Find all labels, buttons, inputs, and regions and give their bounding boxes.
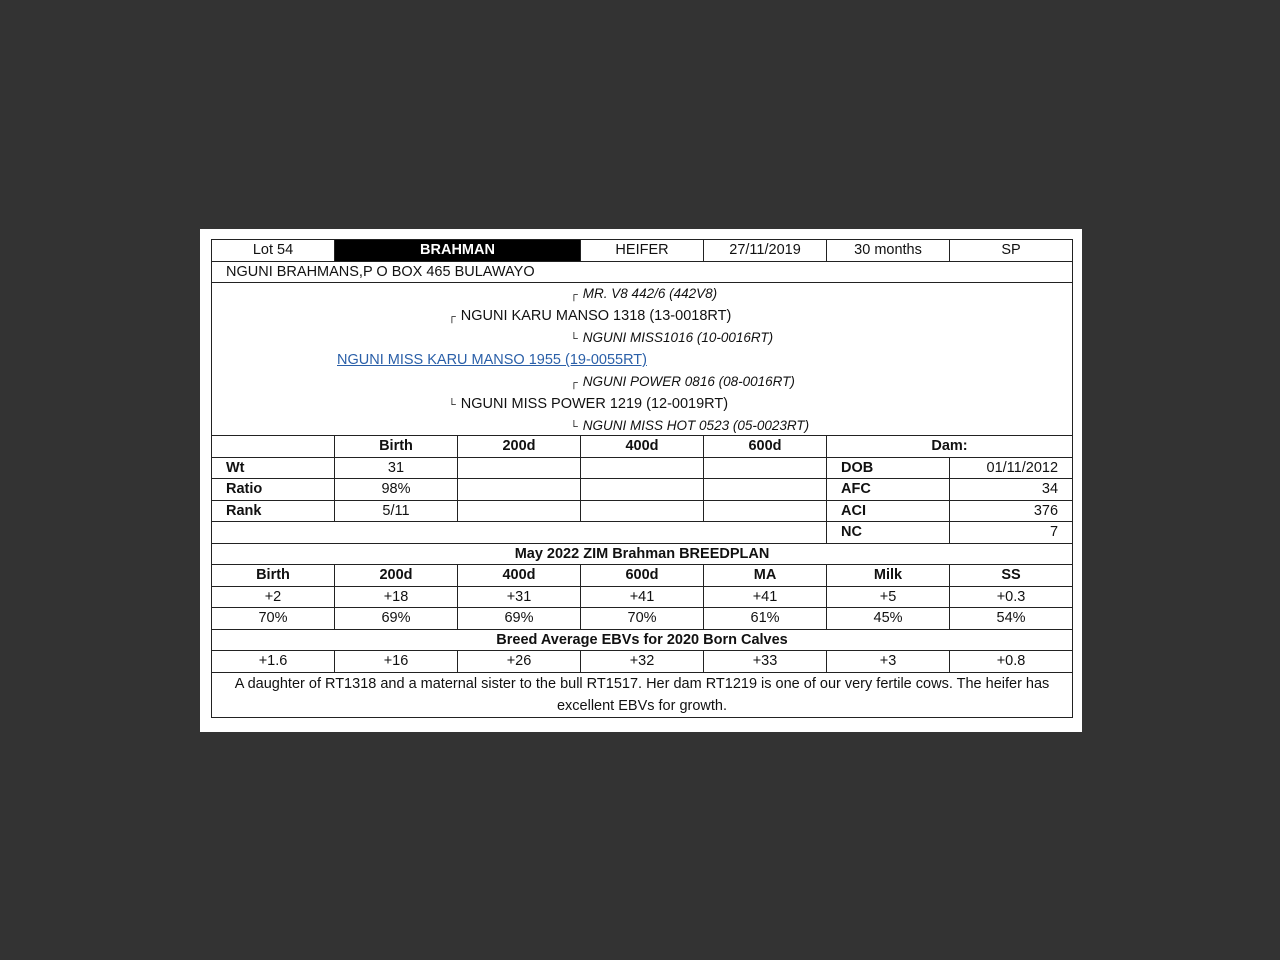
cell: 5/11 <box>335 500 458 522</box>
cell <box>581 479 704 501</box>
weights-col-600d: 600d <box>704 436 827 458</box>
dam-title: Dam: <box>827 436 1073 458</box>
ebv-accuracy: 45% <box>827 608 950 630</box>
breed-average-value: +16 <box>335 651 458 673</box>
dam-dam: └NGUNI MISS HOT 0523 (05-0023RT) <box>570 416 809 436</box>
row-label: Rank <box>212 500 335 522</box>
sire-dam: └NGUNI MISS1016 (10-0016RT) <box>570 328 773 349</box>
weights-row-rank: Rank 5/11 ACI 376 <box>212 500 1073 522</box>
weights-header-row: Birth 200d 400d 600d Dam: <box>212 436 1073 458</box>
cell <box>458 500 581 522</box>
breed-label: BRAHMAN <box>335 240 581 262</box>
ebv-col: Birth <box>212 565 335 587</box>
cell: 31 <box>335 457 458 479</box>
blank-cell <box>212 522 827 544</box>
age: 30 months <box>827 240 950 262</box>
cell <box>704 479 827 501</box>
dam-label: ACI <box>827 500 950 522</box>
dam-value: 376 <box>950 500 1073 522</box>
breed-average-value: +33 <box>704 651 827 673</box>
cell <box>581 457 704 479</box>
status-code: SP <box>950 240 1073 262</box>
ebv-col: 600d <box>581 565 704 587</box>
breedplan-header-row: Birth 200d 400d 600d MA Milk SS <box>212 565 1073 587</box>
ebv-col: MA <box>704 565 827 587</box>
ebv-col: 200d <box>335 565 458 587</box>
date-of-birth: 27/11/2019 <box>704 240 827 262</box>
breed-average-row: +1.6 +16 +26 +32 +33 +3 +0.8 <box>212 651 1073 673</box>
sire-sire: ┌MR. V8 442/6 (442V8) <box>570 284 717 305</box>
cell <box>704 457 827 479</box>
ebv-col: 400d <box>458 565 581 587</box>
ebv-value: +2 <box>212 586 335 608</box>
ebv-value: +0.3 <box>950 586 1073 608</box>
pedigree-row: ┌MR. V8 442/6 (442V8) ┌NGUNI KARU MANSO … <box>212 283 1073 436</box>
cell <box>704 500 827 522</box>
row-label: Wt <box>212 457 335 479</box>
weights-col-birth: Birth <box>335 436 458 458</box>
ebv-value: +41 <box>581 586 704 608</box>
breed-average-value: +3 <box>827 651 950 673</box>
breed-average-title: Breed Average EBVs for 2020 Born Calves <box>212 629 1073 651</box>
breed-average-value: +26 <box>458 651 581 673</box>
ebv-value: +31 <box>458 586 581 608</box>
dam-nc-row: NC 7 <box>212 522 1073 544</box>
pedigree: ┌MR. V8 442/6 (442V8) ┌NGUNI KARU MANSO … <box>212 283 1073 436</box>
ebv-accuracy-row: 70% 69% 69% 70% 61% 45% 54% <box>212 608 1073 630</box>
comment-text: A daughter of RT1318 and a maternal sist… <box>212 672 1073 717</box>
breeder-row: NGUNI BRAHMANS,P O BOX 465 BULAWAYO <box>212 261 1073 283</box>
row-label: Ratio <box>212 479 335 501</box>
ebv-value: +5 <box>827 586 950 608</box>
ebv-accuracy: 70% <box>581 608 704 630</box>
ebv-col: Milk <box>827 565 950 587</box>
cell: 98% <box>335 479 458 501</box>
dam: └NGUNI MISS POWER 1219 (12-0019RT) <box>448 394 728 415</box>
breedplan-title: May 2022 ZIM Brahman BREEDPLAN <box>212 543 1073 565</box>
weights-col-400d: 400d <box>581 436 704 458</box>
ebv-accuracy: 54% <box>950 608 1073 630</box>
dam-label: AFC <box>827 479 950 501</box>
dam-label: DOB <box>827 457 950 479</box>
sex: HEIFER <box>581 240 704 262</box>
breeder-address: NGUNI BRAHMANS,P O BOX 465 BULAWAYO <box>212 261 1073 283</box>
weights-col-blank <box>212 436 335 458</box>
breed-average-value: +32 <box>581 651 704 673</box>
ebv-accuracy: 70% <box>212 608 335 630</box>
breed-average-value: +0.8 <box>950 651 1073 673</box>
dam-label: NC <box>827 522 950 544</box>
ebv-value: +18 <box>335 586 458 608</box>
sire: ┌NGUNI KARU MANSO 1318 (13-0018RT) <box>448 306 731 327</box>
ebv-col: SS <box>950 565 1073 587</box>
cell <box>581 500 704 522</box>
lot-card: Lot 54 BRAHMAN HEIFER 27/11/2019 30 mont… <box>200 229 1082 732</box>
weights-row-ratio: Ratio 98% AFC 34 <box>212 479 1073 501</box>
comment-row: A daughter of RT1318 and a maternal sist… <box>212 672 1073 717</box>
weights-col-200d: 200d <box>458 436 581 458</box>
ebv-value: +41 <box>704 586 827 608</box>
lot-sheet: Lot 54 BRAHMAN HEIFER 27/11/2019 30 mont… <box>211 239 1073 718</box>
breedplan-title-row: May 2022 ZIM Brahman BREEDPLAN <box>212 543 1073 565</box>
header-row: Lot 54 BRAHMAN HEIFER 27/11/2019 30 mont… <box>212 240 1073 262</box>
ebv-accuracy: 69% <box>335 608 458 630</box>
lot-number: Lot 54 <box>212 240 335 262</box>
ebv-accuracy: 61% <box>704 608 827 630</box>
dam-value: 01/11/2012 <box>950 457 1073 479</box>
dam-value: 7 <box>950 522 1073 544</box>
breed-average-title-row: Breed Average EBVs for 2020 Born Calves <box>212 629 1073 651</box>
breed-average-value: +1.6 <box>212 651 335 673</box>
cell <box>458 479 581 501</box>
ebv-values-row: +2 +18 +31 +41 +41 +5 +0.3 <box>212 586 1073 608</box>
dam-value: 34 <box>950 479 1073 501</box>
dam-sire: ┌NGUNI POWER 0816 (08-0016RT) <box>570 372 795 393</box>
subject-animal-link[interactable]: NGUNI MISS KARU MANSO 1955 (19-0055RT) <box>337 350 647 370</box>
weights-row-wt: Wt 31 DOB 01/11/2012 <box>212 457 1073 479</box>
ebv-accuracy: 69% <box>458 608 581 630</box>
cell <box>458 457 581 479</box>
